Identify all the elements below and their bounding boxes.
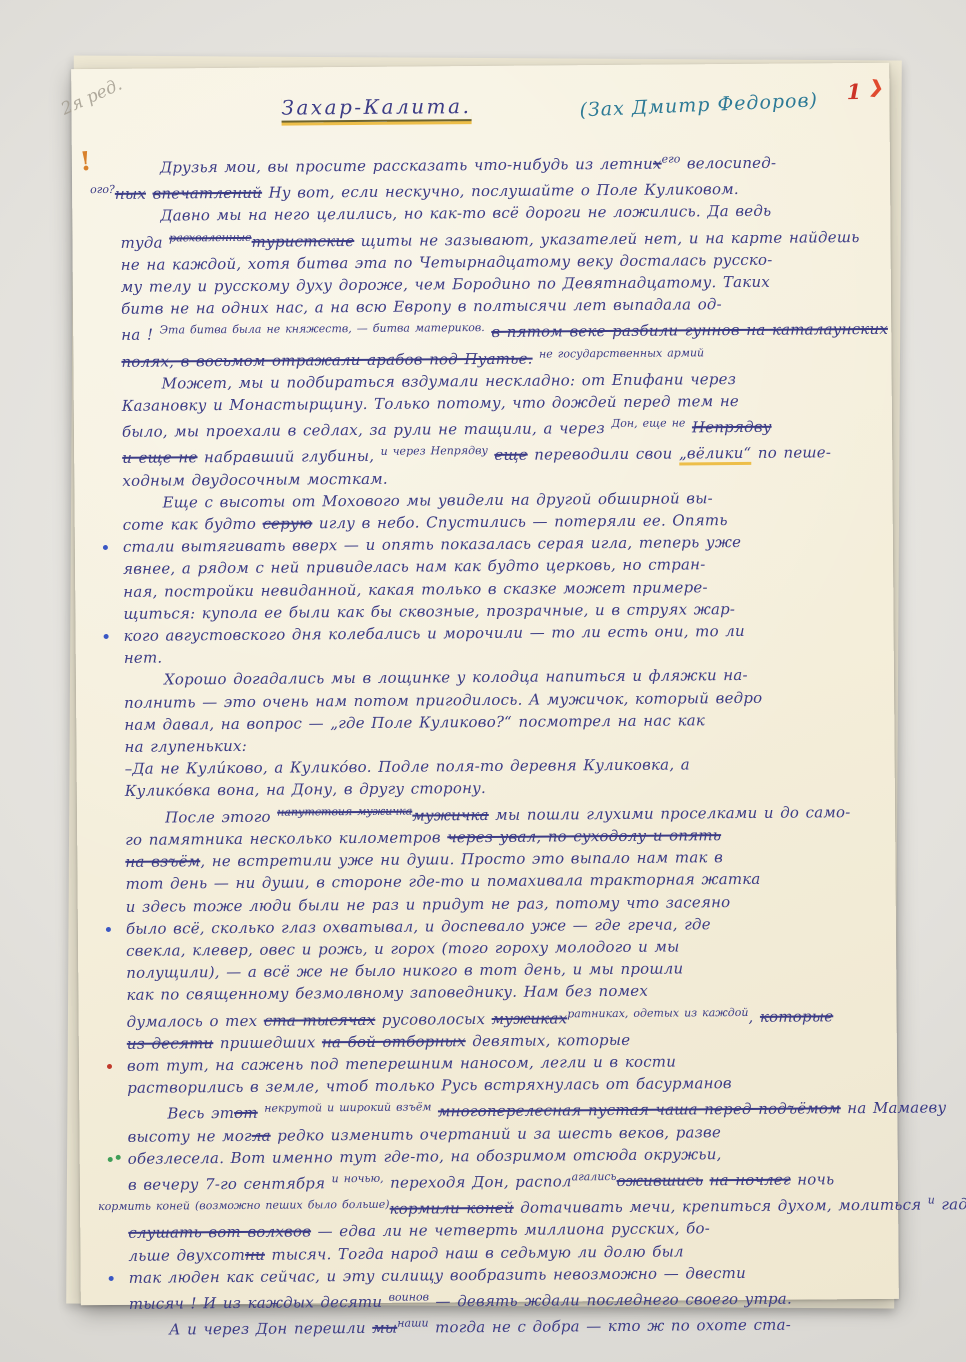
margin-exclamation-mark: ! — [79, 147, 93, 178]
text-segment: кормили коней — [390, 1199, 514, 1218]
text-segment: думалось о тех — [127, 1011, 264, 1030]
text-segment: Ну вот, если нескучно, послушайте о Поле… — [262, 180, 739, 202]
text-segment: стали вытягивать вверх — и опять показал… — [123, 533, 741, 556]
text-segment: так люден как сейчас, и эту силищу вообр… — [129, 1264, 746, 1287]
author-annotation: (Зах Дмитр Федоров) — [579, 89, 818, 121]
text-segment: Эта битва была не княжеств, — битва мате… — [160, 321, 485, 337]
text-segment: ста тысячах — [264, 1010, 376, 1029]
text-segment: „вёлики“ — [679, 444, 752, 466]
text-segment: дотачивать мечи, крепиться духом, молить… — [514, 1196, 928, 1217]
photo-of-manuscript: { "page": { "title": "Захар-Калита.", "a… — [0, 0, 966, 1362]
text-segment: нам давал, на вопрос — „где Поле Куликов… — [124, 711, 705, 734]
text-segment: Еще с высоты от Мохового мы увидели на д… — [162, 489, 712, 511]
text-segment: нет. — [124, 649, 163, 667]
text-segment: на ! — [121, 326, 160, 344]
text-segment: ходным двудосочным мосткам. — [122, 469, 388, 489]
text-segment: явнее, а рядом с ней привиделась нам как… — [123, 556, 706, 579]
text-segment: по пеше- — [751, 444, 831, 463]
text-segment: на глупеньких: — [124, 737, 247, 756]
text-segment: Может, мы и подбираться вздумали несклад… — [162, 370, 737, 393]
page-title: Захар-Калита. — [281, 94, 471, 119]
text-segment: тысяч. Тогда народ наш в седьмую ли долю… — [265, 1242, 684, 1263]
text-segment: тогда не с добра — кто ж по охоте ста- — [429, 1316, 792, 1337]
manuscript-line: А и через Дон перешли мынаши тогда не с … — [129, 1309, 871, 1341]
text-segment: После этого — [165, 807, 277, 826]
text-segment: многоперелесная пустая чаша перед подъём… — [438, 1100, 841, 1121]
text-segment: Весь эт — [167, 1104, 234, 1123]
text-segment: Казановку и Монастырщину. Только потому,… — [122, 392, 739, 415]
manuscript-sheet: 2я ред. ! 1 ❯ Захар-Калита. (Зах Дмитр Ф… — [71, 63, 899, 1305]
text-segment: на Мамаеву — [841, 1099, 947, 1118]
text-segment: ого? — [90, 183, 115, 196]
text-segment: как по священному безмолвному заповедник… — [126, 982, 648, 1004]
text-segment: туда — [120, 233, 169, 251]
text-segment: расхваленные — [169, 230, 252, 244]
text-segment: х — [653, 155, 662, 173]
text-segment: наши — [397, 1317, 428, 1330]
text-segment: Непрядву — [692, 418, 772, 437]
text-segment: полущили), — а всё же не было никого в т… — [126, 960, 683, 982]
text-segment: Хорошо догадались мы в лощинке у колодца… — [164, 666, 748, 689]
text-segment: кого августовского дня колебались и моро… — [124, 622, 745, 645]
text-segment: вот тут, на сажень под теперешним наносо… — [127, 1052, 676, 1074]
text-segment: в пятом веке разбили гуннов на каталаунс… — [491, 320, 888, 341]
text-segment: воинов — [389, 1290, 429, 1303]
text-segment: му телу и русскому духу дороже, чем Боро… — [121, 273, 770, 296]
manuscript-body: Друзья мои, вы просите рассказать что-ни… — [120, 147, 871, 1341]
text-segment: агались — [572, 1170, 617, 1183]
text-segment: гадать — [935, 1195, 966, 1214]
text-segment: мы — [372, 1319, 397, 1337]
text-segment: , — [748, 1007, 760, 1025]
text-segment: ожившись — [616, 1171, 703, 1190]
text-segment: щиться: купола ее были как бы сквозные, … — [123, 600, 735, 623]
text-segment: растворились в земле, чтоб только Русь в… — [127, 1074, 732, 1097]
text-segment: которые — [760, 1007, 833, 1026]
text-segment: мужичка — [412, 806, 489, 825]
text-segment: го памятника несколько километров — [125, 828, 447, 849]
text-segment: через увал, по суходолу и опять — [447, 826, 721, 846]
text-segment: русоволосых — [375, 1009, 491, 1028]
text-segment: Друзья мои, вы просите рассказать что-ни… — [160, 155, 653, 177]
text-segment: в вечеру 7-го сентября — [128, 1174, 332, 1194]
text-segment: — девять ждали последнего своего утра. — [429, 1290, 792, 1311]
text-segment: набравший глубины, — [197, 447, 380, 466]
text-segment: и через Непрядву — [381, 444, 488, 458]
text-segment: , не встретили уже ни души. Просто это в… — [200, 848, 723, 870]
margin-dot — [108, 1157, 113, 1162]
text-segment: слушать вот волхвов — [128, 1223, 311, 1242]
text-segment: велосипед- — [680, 154, 776, 173]
text-segment: переводили свои — [528, 445, 679, 464]
text-segment: ночь — [791, 1170, 835, 1188]
text-segment: тот день — ни души, в стороне где-то и п… — [125, 870, 760, 893]
text-segment: было, мы проехали в седлах, за рули не т… — [122, 419, 612, 441]
text-segment: и — [928, 1194, 935, 1207]
header-row: Захар-Калита. (Зах Дмитр Федоров) — [71, 63, 890, 143]
text-segment: –Да не Кули́ково, а Кулико́во. Подле пол… — [125, 756, 690, 778]
text-segment: и здесь тоже люди были не раз и придут н… — [126, 893, 731, 916]
text-segment: туристские — [252, 232, 355, 251]
text-segment: свекла, клевер, овес и рожь, и горох (то… — [126, 937, 680, 959]
title-underlined-text: Захар-Калита. — [281, 94, 471, 122]
text-segment: ни — [245, 1245, 265, 1263]
text-segment: иглу в небо. Спустились — потеряли ее. О… — [312, 511, 727, 532]
margin-dot — [107, 1064, 112, 1069]
text-segment: ных — [115, 185, 146, 203]
text-segment: и ночью, — [332, 1172, 384, 1185]
text-segment: редко изменить очертаний и за шесть веко… — [271, 1123, 721, 1145]
text-segment: серую — [262, 514, 312, 532]
text-segment: ла — [252, 1126, 271, 1144]
text-segment: на взъём — [125, 852, 200, 871]
text-segment: было всё, сколько глаз охватывал, и досп… — [126, 915, 711, 938]
text-segment: ная, постройки невиданной, какая только … — [123, 578, 708, 601]
text-segment: кормить коней (возможно пеших было больш… — [98, 1198, 390, 1213]
text-segment: битв не на одних нас, а на всю Европу в … — [121, 295, 722, 318]
text-segment: от — [234, 1104, 258, 1122]
text-segment: полнить — это очень нам потом пригодилос… — [124, 688, 762, 711]
text-segment: А и через Дон перешли — [169, 1319, 372, 1339]
text-segment: на бой отборных — [322, 1032, 466, 1051]
text-segment: на ночлег — [709, 1171, 790, 1190]
margin-dot — [104, 634, 109, 639]
text-segment: щиты не зазывают, указателей нет, и на к… — [354, 228, 859, 250]
text-segment: обезлесела. Вот именно тут где-то, на об… — [128, 1145, 722, 1168]
text-segment: мужиках — [492, 1009, 568, 1028]
text-segment: девятых, которые — [466, 1031, 631, 1050]
text-segment: не государственных армий — [539, 346, 704, 360]
text-segment: Дон, еще не — [611, 417, 685, 431]
text-segment: ратниках, одетых из каждой — [567, 1005, 748, 1019]
text-segment: и еще не — [122, 449, 197, 468]
text-segment: соте как будто — [123, 515, 263, 534]
text-segment: Давно мы на него целились, но как-то всё… — [160, 202, 771, 225]
text-segment: полях, в восьмом отражали арабов под Пуа… — [121, 349, 532, 370]
margin-dot — [106, 927, 111, 932]
margin-dot — [103, 545, 108, 550]
text-segment: из десяти — [127, 1034, 214, 1053]
text-segment: напутствия мужичка — [277, 804, 412, 818]
text-segment: его — [662, 152, 681, 165]
text-segment: впечатлений — [152, 184, 262, 203]
text-segment: льше двухсот — [128, 1245, 245, 1264]
text-segment: тысяч ! И из каждых десяти — [129, 1293, 389, 1313]
text-segment: — едва ли не четверть миллиона русских, … — [311, 1220, 710, 1241]
text-segment: Кулико́вка вона, на Дону, в другу сторон… — [125, 779, 486, 800]
text-segment: высоту не мог — [127, 1126, 251, 1145]
text-segment: мы пошли глухими проселками и до само- — [489, 803, 851, 824]
text-segment: пришедших — [213, 1033, 322, 1052]
text-segment: некрутой и широкий взъём — [264, 1101, 431, 1115]
text-segment: не на каждой, хотя битва эта по Четырнад… — [121, 251, 773, 274]
text-segment: переходя Дон, распол — [384, 1172, 572, 1191]
text-segment: еще — [494, 446, 528, 464]
margin-dot — [109, 1276, 114, 1281]
